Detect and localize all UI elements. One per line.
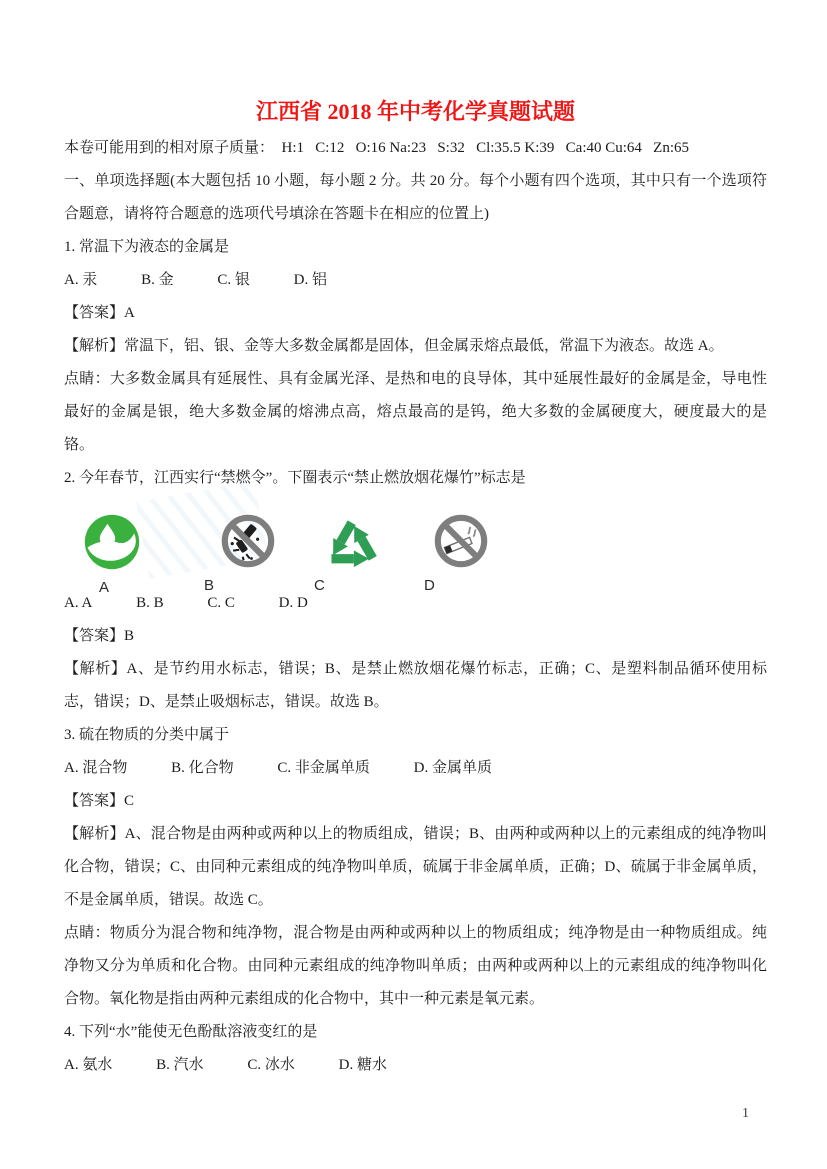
answer-prefix: 【答案】 [64, 305, 124, 321]
no-smoking-icon [433, 513, 489, 569]
document-content: 江西省 2018 年中考化学真题试题 本卷可能用到的相对原子质量： H:1 C:… [64, 92, 767, 1082]
sign-b-label: B [204, 578, 276, 593]
q3-option-c: C. 非金属单质 [277, 752, 370, 785]
q1-stem: 1. 常温下为液态的金属是 [64, 231, 767, 264]
q2-stem: 2. 今年春节，江西实行“禁燃令”。下圈表示“禁止燃放烟花爆竹”标志是 [64, 462, 767, 495]
answer-prefix: 【答案】 [64, 793, 124, 809]
q4-option-a: A. 氨水 [64, 1049, 112, 1082]
sign-option-b: B [220, 513, 276, 593]
sign-option-a: A [83, 513, 141, 595]
q1-option-d: D. 铝 [294, 264, 327, 297]
q2-analysis-text: A、是节约用水标志，错误；B、是禁止燃放烟花爆竹标志，正确；C、是塑料制品循环使… [64, 661, 767, 710]
sign-option-c: C [322, 513, 382, 593]
no-fireworks-icon [220, 513, 276, 569]
q1-option-b: B. 金 [141, 264, 174, 297]
recycle-icon [322, 513, 382, 569]
q2-answer-line: 【答案】B [64, 620, 767, 653]
q3-tip: 点睛：物质分为混合物和纯净物，混合物是由两种或两种以上的物质组成；纯净物是由一种… [64, 917, 767, 1016]
page-number: 1 [742, 1104, 749, 1124]
analysis-prefix: 【解析】 [64, 661, 127, 677]
q1-option-c: C. 银 [217, 264, 250, 297]
q2-options: A. A B. B C. C D. D [64, 587, 767, 620]
q4-stem: 4. 下列“水”能使无色酚酞溶液变红的是 [64, 1016, 767, 1049]
q1-tip: 点睛：大多数金属具有延展性、具有金属光泽、是热和电的良导体，其中延展性最好的金属… [64, 363, 767, 462]
sign-option-d: D [433, 513, 489, 593]
exam-document-page: 江西省 2018 年中考化学真题试题 本卷可能用到的相对原子质量： H:1 C:… [0, 0, 827, 1169]
q1-option-a: A. 汞 [64, 264, 97, 297]
q3-option-b: B. 化合物 [171, 752, 234, 785]
q3-options: A. 混合物 B. 化合物 C. 非金属单质 D. 金属单质 [64, 752, 767, 785]
q1-analysis-text: 常温下，铝、银、金等大多数金属都是固体，但金属汞熔点最低，常温下为液态。故选 A… [124, 338, 724, 354]
q2-option-d: D. D [279, 587, 308, 620]
q2-answer-value: B [124, 628, 134, 644]
q1-analysis-line: 【解析】常温下，铝、银、金等大多数金属都是固体，但金属汞熔点最低，常温下为液态。… [64, 330, 767, 363]
sign-d-label: D [424, 578, 489, 593]
q1-options: A. 汞 B. 金 C. 银 D. 铝 [64, 264, 767, 297]
q3-option-a: A. 混合物 [64, 752, 127, 785]
sign-c-label: C [314, 578, 382, 593]
q4-option-b: B. 汽水 [156, 1049, 204, 1082]
q2-sign-images: A B [64, 495, 767, 587]
q3-answer-value: C [124, 793, 134, 809]
q1-answer-line: 【答案】A [64, 297, 767, 330]
q4-option-d: D. 糖水 [339, 1049, 387, 1082]
save-water-icon [83, 513, 141, 571]
q3-answer-line: 【答案】C [64, 785, 767, 818]
analysis-prefix: 【解析】 [64, 338, 124, 354]
q3-analysis-line: 【解析】A、混合物是由两种或两种以上的物质组成，错误；B、由两种或两种以上的元素… [64, 818, 767, 917]
atomic-mass-note: 本卷可能用到的相对原子质量： H:1 C:12 O:16 Na:23 S:32 … [64, 132, 767, 165]
exam-title: 江西省 2018 年中考化学真题试题 [64, 92, 767, 132]
analysis-prefix: 【解析】 [64, 826, 125, 842]
q2-analysis-line: 【解析】A、是节约用水标志，错误；B、是禁止燃放烟花爆竹标志，正确；C、是塑料制… [64, 653, 767, 719]
answer-prefix: 【答案】 [64, 628, 124, 644]
q4-option-c: C. 冰水 [247, 1049, 295, 1082]
section-one-heading: 一、单项选择题(本大题包括 10 小题，每小题 2 分。共 20 分。每个小题有… [64, 165, 767, 231]
q3-option-d: D. 金属单质 [414, 752, 492, 785]
q3-stem: 3. 硫在物质的分类中属于 [64, 719, 767, 752]
q4-options: A. 氨水 B. 汽水 C. 冰水 D. 糖水 [64, 1049, 767, 1082]
q3-analysis-text: A、混合物是由两种或两种以上的物质组成，错误；B、由两种或两种以上的元素组成的纯… [64, 826, 767, 908]
sign-a-label: A [99, 580, 141, 595]
q1-answer-value: A [124, 305, 135, 321]
